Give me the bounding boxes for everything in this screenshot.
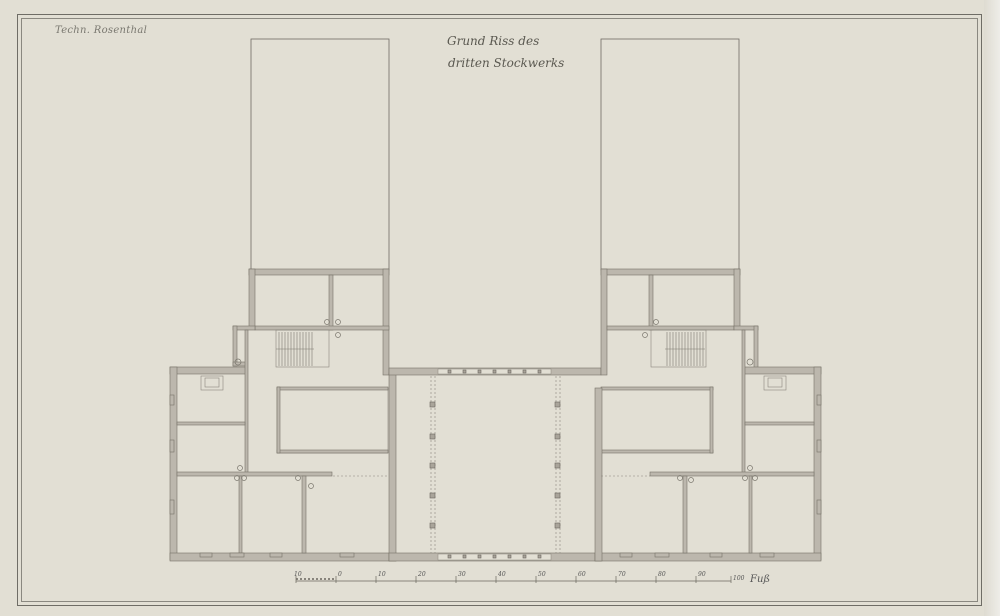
left-wing <box>170 269 396 561</box>
svg-text:10: 10 <box>294 571 302 578</box>
central-hall <box>389 368 601 561</box>
svg-text:70: 70 <box>618 571 626 578</box>
svg-text:10: 10 <box>378 571 386 578</box>
svg-text:20: 20 <box>417 571 426 578</box>
right-wing <box>595 269 821 561</box>
svg-text:90: 90 <box>698 571 706 578</box>
hall-columns <box>430 402 560 528</box>
svg-text:60: 60 <box>578 571 586 578</box>
scale-bar: 10 0 10 20 30 40 50 60 70 80 90 100 Fuß <box>294 571 770 585</box>
right-courtyard <box>601 39 739 270</box>
svg-text:80: 80 <box>658 571 666 578</box>
svg-text:40: 40 <box>497 571 506 578</box>
floor-plan: .wall{fill:#bcb7ad;stroke:#777268;stroke… <box>0 0 1000 616</box>
left-courtyard <box>251 39 389 270</box>
svg-text:0: 0 <box>338 571 342 578</box>
svg-text:50: 50 <box>538 571 546 578</box>
scale-unit-label: Fuß <box>749 574 770 585</box>
svg-text:30: 30 <box>458 571 466 578</box>
svg-text:100: 100 <box>733 575 745 582</box>
